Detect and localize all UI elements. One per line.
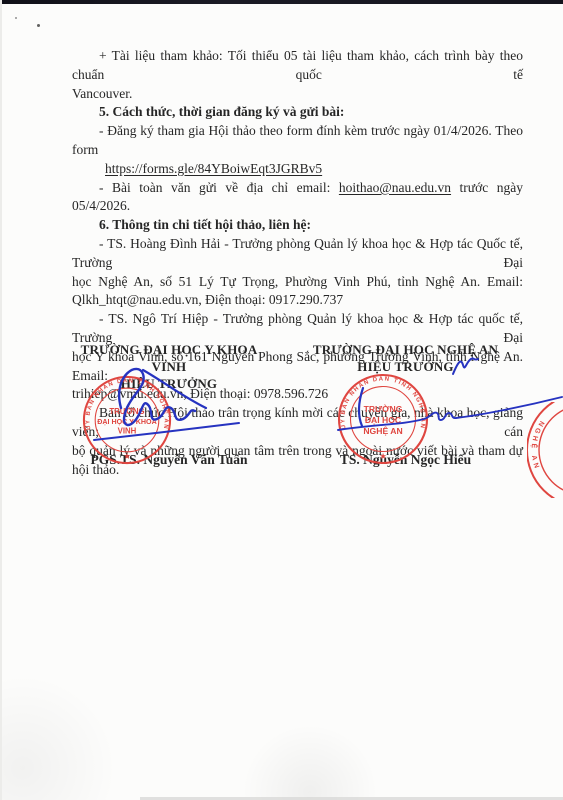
document-page: + Tài liệu tham khảo: Tối thiểu 05 tài l… [0, 0, 563, 800]
paragraph-references-line2: Vancouver. [72, 85, 523, 104]
stamp-star-right: ★ [379, 451, 387, 461]
form-link-line: https://forms.gle/84YBoiwEqt3JGRBv5 [72, 160, 523, 179]
paragraph-submit: - Bài toàn văn gửi về địa chỉ email: hoi… [72, 179, 523, 217]
contact-nau-line2: học Nghệ An, số 51 Lý Tự Trọng, Phường V… [72, 273, 523, 292]
contact-nau-line1: - TS. Hoàng Đình Hải - Trưởng phòng Quản… [72, 235, 523, 273]
heading-section5: 5. Cách thức, thời gian đăng ký và gửi b… [72, 103, 523, 122]
scan-left-edge [0, 0, 2, 800]
scan-speck [37, 24, 40, 27]
paragraph-register: - Đăng ký tham gia Hội thảo theo form đí… [72, 122, 523, 160]
heading-section6: 6. Thông tin chi tiết hội thảo, liên hệ: [72, 216, 523, 235]
initials-mark [450, 356, 480, 378]
stamp-star-left: ★ [123, 452, 130, 461]
scan-speck [15, 17, 17, 19]
scan-top-edge [0, 0, 563, 4]
contact-nau-line3: Qlkh_htqt@nau.edu.vn, Điện thoại: 0917.2… [72, 291, 523, 310]
signature-left [88, 362, 248, 446]
submit-prefix: - Bài toàn văn gửi về địa chỉ email: [99, 180, 339, 195]
signature-right [330, 378, 563, 432]
email-link[interactable]: hoithao@nau.edu.vn [339, 180, 451, 195]
paragraph-references-line1: + Tài liệu tham khảo: Tối thiểu 05 tài l… [72, 47, 523, 85]
form-link[interactable]: https://forms.gle/84YBoiwEqt3JGRBv5 [105, 161, 322, 176]
